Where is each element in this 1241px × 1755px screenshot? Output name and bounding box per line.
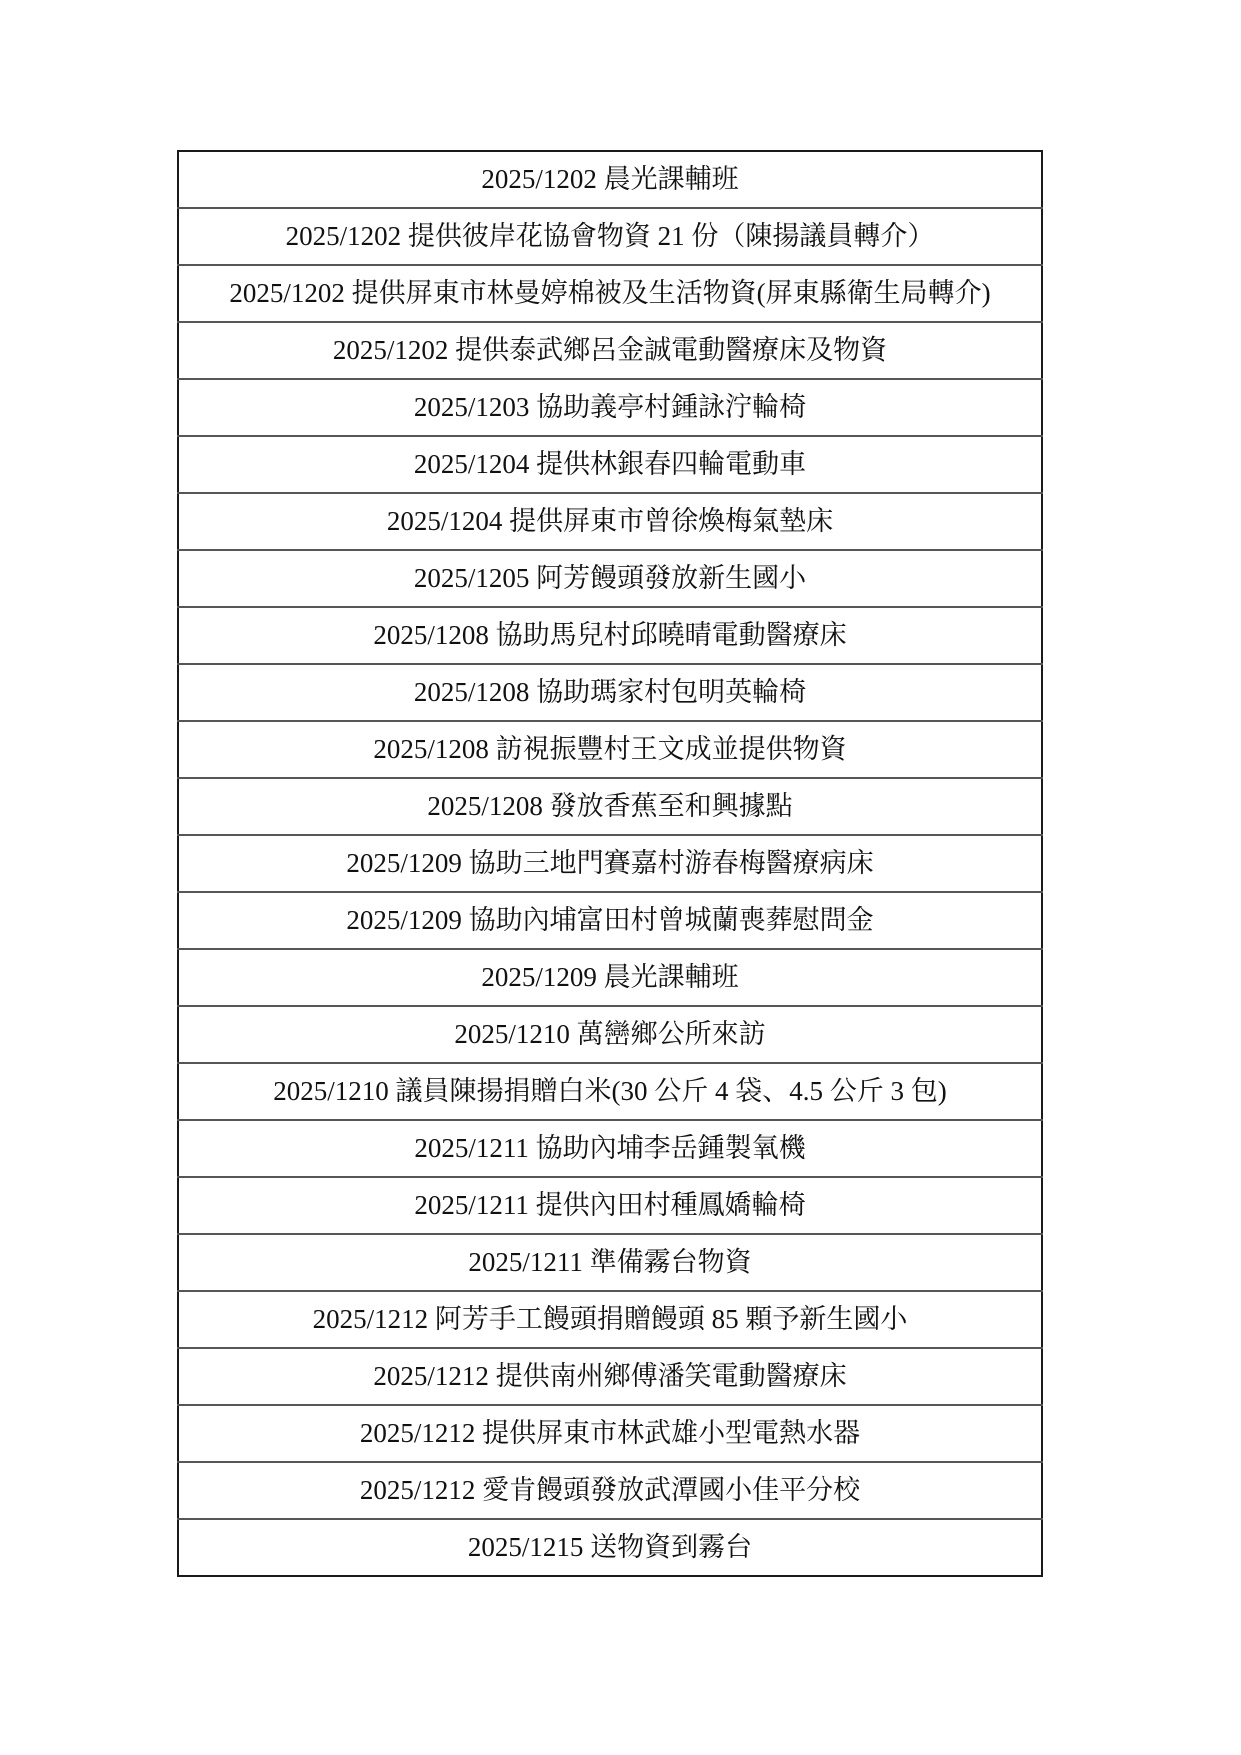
table-row: 2025/1204 提供屏東市曾徐煥梅氣墊床 (178, 493, 1042, 550)
table-row: 2025/1211 提供內田村種鳳嬌輪椅 (178, 1177, 1042, 1234)
entry-text: 2025/1208 協助瑪家村包明英輪椅 (178, 664, 1042, 721)
entry-text: 2025/1209 協助三地門賽嘉村游春梅醫療病床 (178, 835, 1042, 892)
table-row: 2025/1208 協助馬兒村邱曉晴電動醫療床 (178, 607, 1042, 664)
entry-text: 2025/1212 愛肯饅頭發放武潭國小佳平分校 (178, 1462, 1042, 1519)
entry-text: 2025/1211 提供內田村種鳳嬌輪椅 (178, 1177, 1042, 1234)
table-row: 2025/1212 愛肯饅頭發放武潭國小佳平分校 (178, 1462, 1042, 1519)
entry-text: 2025/1208 協助馬兒村邱曉晴電動醫療床 (178, 607, 1042, 664)
table-row: 2025/1215 送物資到霧台 (178, 1519, 1042, 1576)
activity-log-table: 2025/1202 晨光課輔班 2025/1202 提供彼岸花協會物資 21 份… (177, 150, 1043, 1577)
table-row: 2025/1209 協助三地門賽嘉村游春梅醫療病床 (178, 835, 1042, 892)
table-row: 2025/1211 準備霧台物資 (178, 1234, 1042, 1291)
entry-text: 2025/1203 協助義亭村鍾詠泞輪椅 (178, 379, 1042, 436)
entry-text: 2025/1212 提供屏東市林武雄小型電熱水器 (178, 1405, 1042, 1462)
table-row: 2025/1210 萬巒鄉公所來訪 (178, 1006, 1042, 1063)
table-row: 2025/1204 提供林銀春四輪電動車 (178, 436, 1042, 493)
entry-text: 2025/1204 提供屏東市曾徐煥梅氣墊床 (178, 493, 1042, 550)
table-row: 2025/1202 晨光課輔班 (178, 151, 1042, 208)
entry-text: 2025/1212 阿芳手工饅頭捐贈饅頭 85 顆予新生國小 (178, 1291, 1042, 1348)
document-page: 2025/1202 晨光課輔班 2025/1202 提供彼岸花協會物資 21 份… (0, 0, 1241, 1755)
table-row: 2025/1211 協助內埔李岳鍾製氧機 (178, 1120, 1042, 1177)
entry-text: 2025/1208 訪視振豐村王文成並提供物資 (178, 721, 1042, 778)
entry-text: 2025/1202 晨光課輔班 (178, 151, 1042, 208)
table-row: 2025/1209 晨光課輔班 (178, 949, 1042, 1006)
table-row: 2025/1202 提供泰武鄉呂金誠電動醫療床及物資 (178, 322, 1042, 379)
table-row: 2025/1205 阿芳饅頭發放新生國小 (178, 550, 1042, 607)
activity-log-table-body: 2025/1202 晨光課輔班 2025/1202 提供彼岸花協會物資 21 份… (178, 151, 1042, 1576)
entry-text: 2025/1210 議員陳揚捐贈白米(30 公斤 4 袋、4.5 公斤 3 包) (178, 1063, 1042, 1120)
table-row: 2025/1212 提供屏東市林武雄小型電熱水器 (178, 1405, 1042, 1462)
table-row: 2025/1203 協助義亭村鍾詠泞輪椅 (178, 379, 1042, 436)
entry-text: 2025/1211 準備霧台物資 (178, 1234, 1042, 1291)
table-row: 2025/1210 議員陳揚捐贈白米(30 公斤 4 袋、4.5 公斤 3 包) (178, 1063, 1042, 1120)
table-row: 2025/1212 阿芳手工饅頭捐贈饅頭 85 顆予新生國小 (178, 1291, 1042, 1348)
table-row: 2025/1202 提供彼岸花協會物資 21 份（陳揚議員轉介） (178, 208, 1042, 265)
entry-text: 2025/1202 提供彼岸花協會物資 21 份（陳揚議員轉介） (178, 208, 1042, 265)
table-row: 2025/1202 提供屏東市林曼婷棉被及生活物資(屏東縣衛生局轉介) (178, 265, 1042, 322)
entry-text: 2025/1212 提供南州鄉傅潘笑電動醫療床 (178, 1348, 1042, 1405)
entry-text: 2025/1215 送物資到霧台 (178, 1519, 1042, 1576)
entry-text: 2025/1209 晨光課輔班 (178, 949, 1042, 1006)
table-row: 2025/1209 協助內埔富田村曾城蘭喪葬慰問金 (178, 892, 1042, 949)
table-row: 2025/1208 發放香蕉至和興據點 (178, 778, 1042, 835)
entry-text: 2025/1202 提供屏東市林曼婷棉被及生活物資(屏東縣衛生局轉介) (178, 265, 1042, 322)
table-row: 2025/1212 提供南州鄉傅潘笑電動醫療床 (178, 1348, 1042, 1405)
table-row: 2025/1208 訪視振豐村王文成並提供物資 (178, 721, 1042, 778)
entry-text: 2025/1202 提供泰武鄉呂金誠電動醫療床及物資 (178, 322, 1042, 379)
entry-text: 2025/1205 阿芳饅頭發放新生國小 (178, 550, 1042, 607)
table-row: 2025/1208 協助瑪家村包明英輪椅 (178, 664, 1042, 721)
entry-text: 2025/1208 發放香蕉至和興據點 (178, 778, 1042, 835)
entry-text: 2025/1210 萬巒鄉公所來訪 (178, 1006, 1042, 1063)
entry-text: 2025/1209 協助內埔富田村曾城蘭喪葬慰問金 (178, 892, 1042, 949)
entry-text: 2025/1204 提供林銀春四輪電動車 (178, 436, 1042, 493)
entry-text: 2025/1211 協助內埔李岳鍾製氧機 (178, 1120, 1042, 1177)
